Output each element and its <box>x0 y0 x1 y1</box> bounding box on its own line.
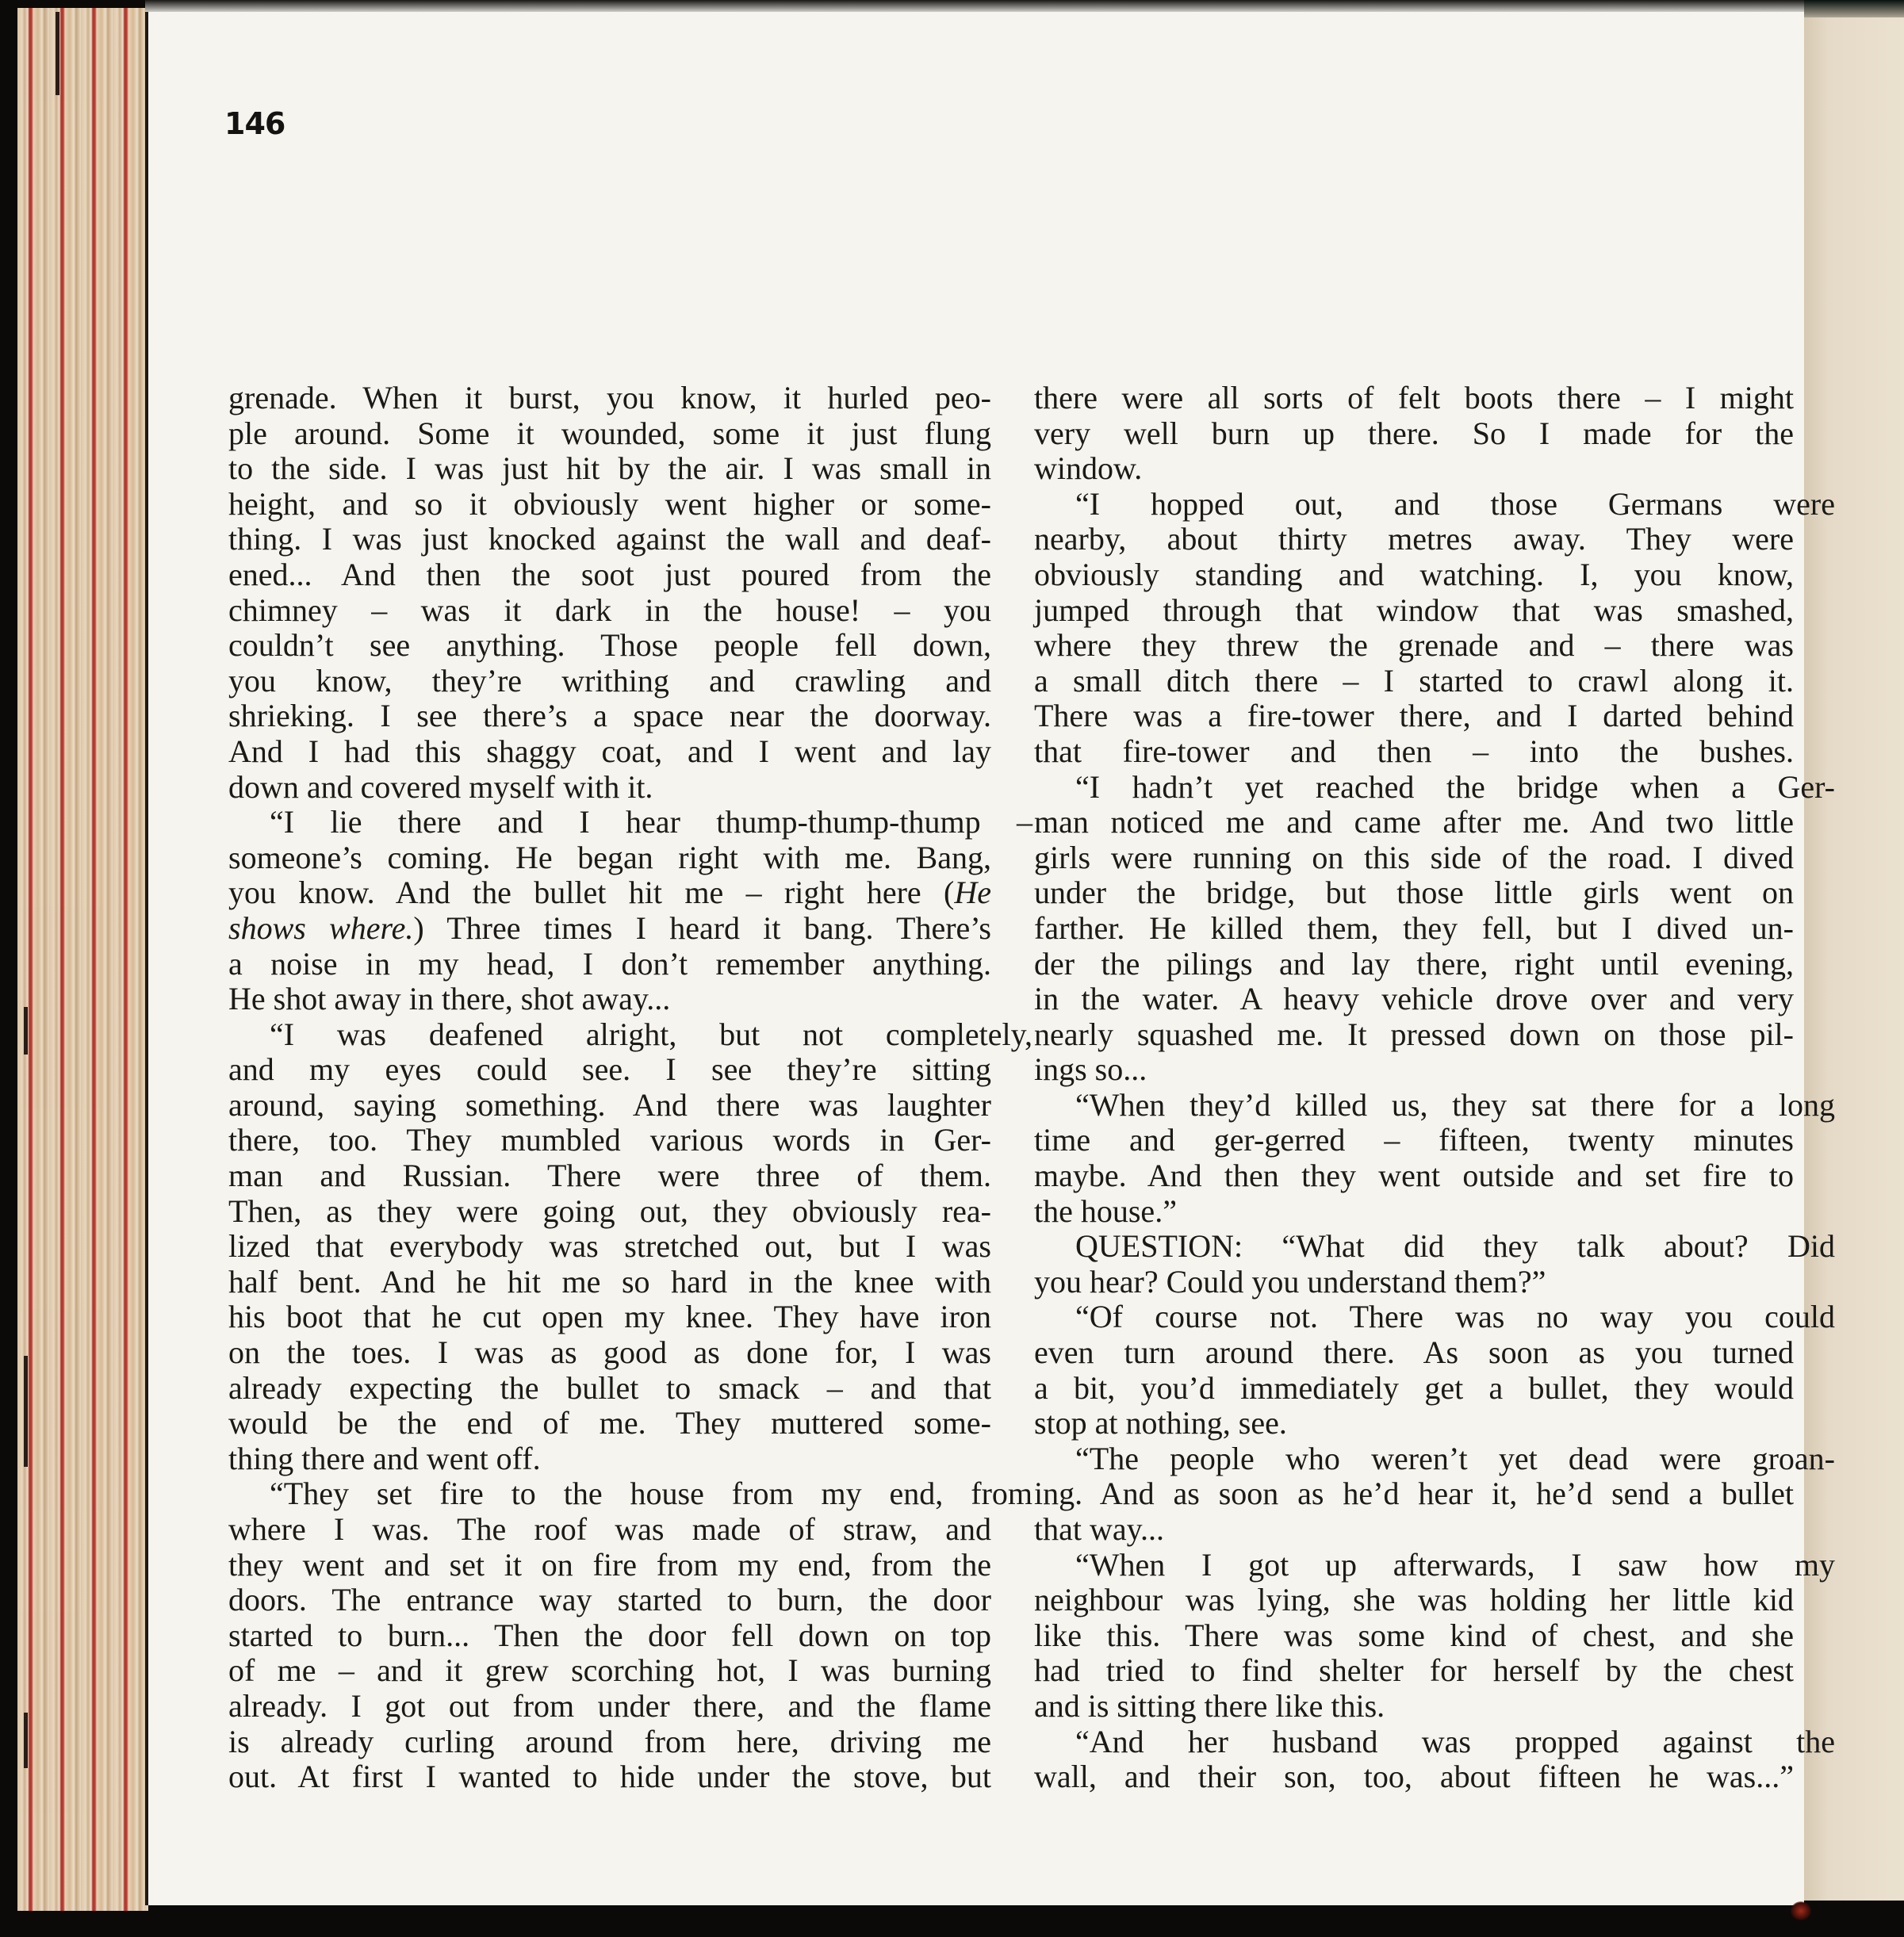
text-line: would be the end of me. They muttered so… <box>228 1406 991 1441</box>
text-line: QUESTION: “What did they talk about? Did <box>1034 1229 1835 1265</box>
text-line: wall, and their son, too, about fifteen … <box>1034 1759 1794 1795</box>
text-line: “Of course not. There was no way you cou… <box>1034 1300 1835 1335</box>
text-line: shrieking. I see there’s a space near th… <box>228 699 991 734</box>
text-line: der the pilings and lay there, right unt… <box>1034 947 1794 982</box>
text-line: in the water. A heavy vehicle drove over… <box>1034 982 1794 1017</box>
text-line: obviously standing and watching. I, you … <box>1034 557 1794 593</box>
text-line: shows where.) Three times I heard it ban… <box>228 911 991 947</box>
text-line: couldn’t see anything. Those people fell… <box>228 628 991 664</box>
text-line: already. I got out from under there, and… <box>228 1689 991 1725</box>
binding-red-mark <box>1791 1901 1811 1920</box>
text-line: doors. The entrance way started to burn,… <box>228 1583 991 1618</box>
page-edge-mark <box>24 1007 28 1055</box>
text-line: where they threw the grenade and – there… <box>1034 628 1794 664</box>
text-line: thing there and went off. <box>228 1441 991 1477</box>
text-line: “I hadn’t yet reached the bridge when a … <box>1034 770 1835 806</box>
text-segment: you know. And the bullet hit me – right … <box>228 875 954 910</box>
italic-stage-direction: He <box>954 875 991 910</box>
text-line: girls were running on this side of the r… <box>1034 840 1794 876</box>
text-line: nearby, about thirty metres away. They w… <box>1034 522 1794 557</box>
text-line: under the bridge, but those little girls… <box>1034 875 1794 911</box>
text-line: “When they’d killed us, they sat there f… <box>1034 1088 1835 1124</box>
text-line: Then, as they were going out, they obvio… <box>228 1194 991 1230</box>
text-line: stop at nothing, see. <box>1034 1406 1794 1441</box>
text-line: lized that everybody was stretched out, … <box>228 1229 991 1265</box>
text-line: the house.” <box>1034 1194 1794 1230</box>
text-line: started to burn... Then the door fell do… <box>228 1618 991 1654</box>
text-line: you know. And the bullet hit me – right … <box>228 875 991 911</box>
text-line: and my eyes could see. I see they’re sit… <box>228 1052 991 1088</box>
text-line: There was a fire-tower there, and I dart… <box>1034 699 1794 734</box>
page-edge-mark <box>24 1356 28 1467</box>
text-line: maybe. And then they went outside and se… <box>1034 1158 1794 1194</box>
text-line: man noticed me and came after me. And tw… <box>1034 805 1794 840</box>
right-text-column: there were all sorts of felt boots there… <box>1034 381 1794 1795</box>
text-line: And I had this shaggy coat, and I went a… <box>228 734 991 770</box>
facing-page <box>1804 17 1904 1901</box>
text-line: of me – and it grew scorching hot, I was… <box>228 1653 991 1689</box>
text-line: that fire-tower and then – into the bush… <box>1034 734 1794 770</box>
text-line: out. At first I wanted to hide under the… <box>228 1759 991 1795</box>
text-line: you know, they’re writhing and crawling … <box>228 664 991 699</box>
text-line: jumped through that window that was smas… <box>1034 593 1794 629</box>
text-line: someone’s coming. He began right with me… <box>228 840 991 876</box>
text-line: there were all sorts of felt boots there… <box>1034 381 1794 416</box>
text-line: “They set fire to the house from my end,… <box>228 1476 1032 1512</box>
text-line: ened... And then the soot just poured fr… <box>228 557 991 593</box>
text-line: “When I got up afterwards, I saw how my <box>1034 1548 1835 1583</box>
text-line: half bent. And he hit me so hard in the … <box>228 1265 991 1300</box>
text-line: man and Russian. There were three of the… <box>228 1158 991 1194</box>
text-line: ings so... <box>1034 1052 1794 1088</box>
text-line: a noise in my head, I don’t remember any… <box>228 947 991 982</box>
text-line: nearly squashed me. It pressed down on t… <box>1034 1017 1794 1053</box>
left-text-column: grenade. When it burst, you know, it hur… <box>228 381 991 1795</box>
text-line: like this. There was some kind of chest,… <box>1034 1618 1794 1654</box>
text-line: down and covered myself with it. <box>228 770 991 806</box>
text-line: chimney – was it dark in the house! – yo… <box>228 593 991 629</box>
italic-stage-direction: shows where. <box>228 910 413 946</box>
text-line: they went and set it on fire from my end… <box>228 1548 991 1583</box>
page-edge-mark <box>24 1713 28 1768</box>
text-line: “I hopped out, and those Germans were <box>1034 487 1835 523</box>
text-line: window. <box>1034 451 1794 487</box>
text-line: even turn around there. As soon as you t… <box>1034 1335 1794 1371</box>
text-line: is already curling around from here, dri… <box>228 1725 991 1760</box>
text-line: time and ger-gerred – fifteen, twenty mi… <box>1034 1123 1794 1158</box>
text-line: ple around. Some it wounded, some it jus… <box>228 416 991 452</box>
text-line: that way... <box>1034 1512 1794 1548</box>
text-line: ing. And as soon as he’d hear it, he’d s… <box>1034 1476 1794 1512</box>
text-line: where I was. The roof was made of straw,… <box>228 1512 991 1548</box>
text-segment: ) Three times I heard it bang. There’s <box>413 910 991 946</box>
text-line: neighbour was lying, she was holding her… <box>1034 1583 1794 1618</box>
text-line: a bit, you’d immediately get a bullet, t… <box>1034 1371 1794 1407</box>
text-line: grenade. When it burst, you know, it hur… <box>228 381 991 416</box>
text-line: “And her husband was propped against the <box>1034 1725 1835 1760</box>
text-line: He shot away in there, shot away... <box>228 982 991 1017</box>
page-number: 146 <box>224 106 285 141</box>
text-line: there, too. They mumbled various words i… <box>228 1123 991 1158</box>
text-line: very well burn up there. So I made for t… <box>1034 416 1794 452</box>
book-page-edges <box>17 8 148 1911</box>
text-line: thing. I was just knocked against the wa… <box>228 522 991 557</box>
text-line: a small ditch there – I started to crawl… <box>1034 664 1794 699</box>
page-edge-mark <box>56 12 59 95</box>
text-line: to the side. I was just hit by the air. … <box>228 451 991 487</box>
text-line: “I was deafened alright, but not complet… <box>228 1017 1032 1053</box>
text-line: “The people who weren’t yet dead were gr… <box>1034 1441 1835 1477</box>
text-line: you hear? Could you understand them?” <box>1034 1265 1794 1300</box>
text-line: on the toes. I was as good as done for, … <box>228 1335 991 1371</box>
text-line: farther. He killed them, they fell, but … <box>1034 911 1794 947</box>
text-line: and is sitting there like this. <box>1034 1689 1794 1725</box>
text-line: had tried to find shelter for herself by… <box>1034 1653 1794 1689</box>
text-line: already expecting the bullet to smack – … <box>228 1371 991 1407</box>
text-line: “I lie there and I hear thump-thump-thum… <box>228 805 1032 840</box>
text-line: height, and so it obviously went higher … <box>228 487 991 523</box>
text-line: his boot that he cut open my knee. They … <box>228 1300 991 1335</box>
text-line: around, saying something. And there was … <box>228 1088 991 1124</box>
